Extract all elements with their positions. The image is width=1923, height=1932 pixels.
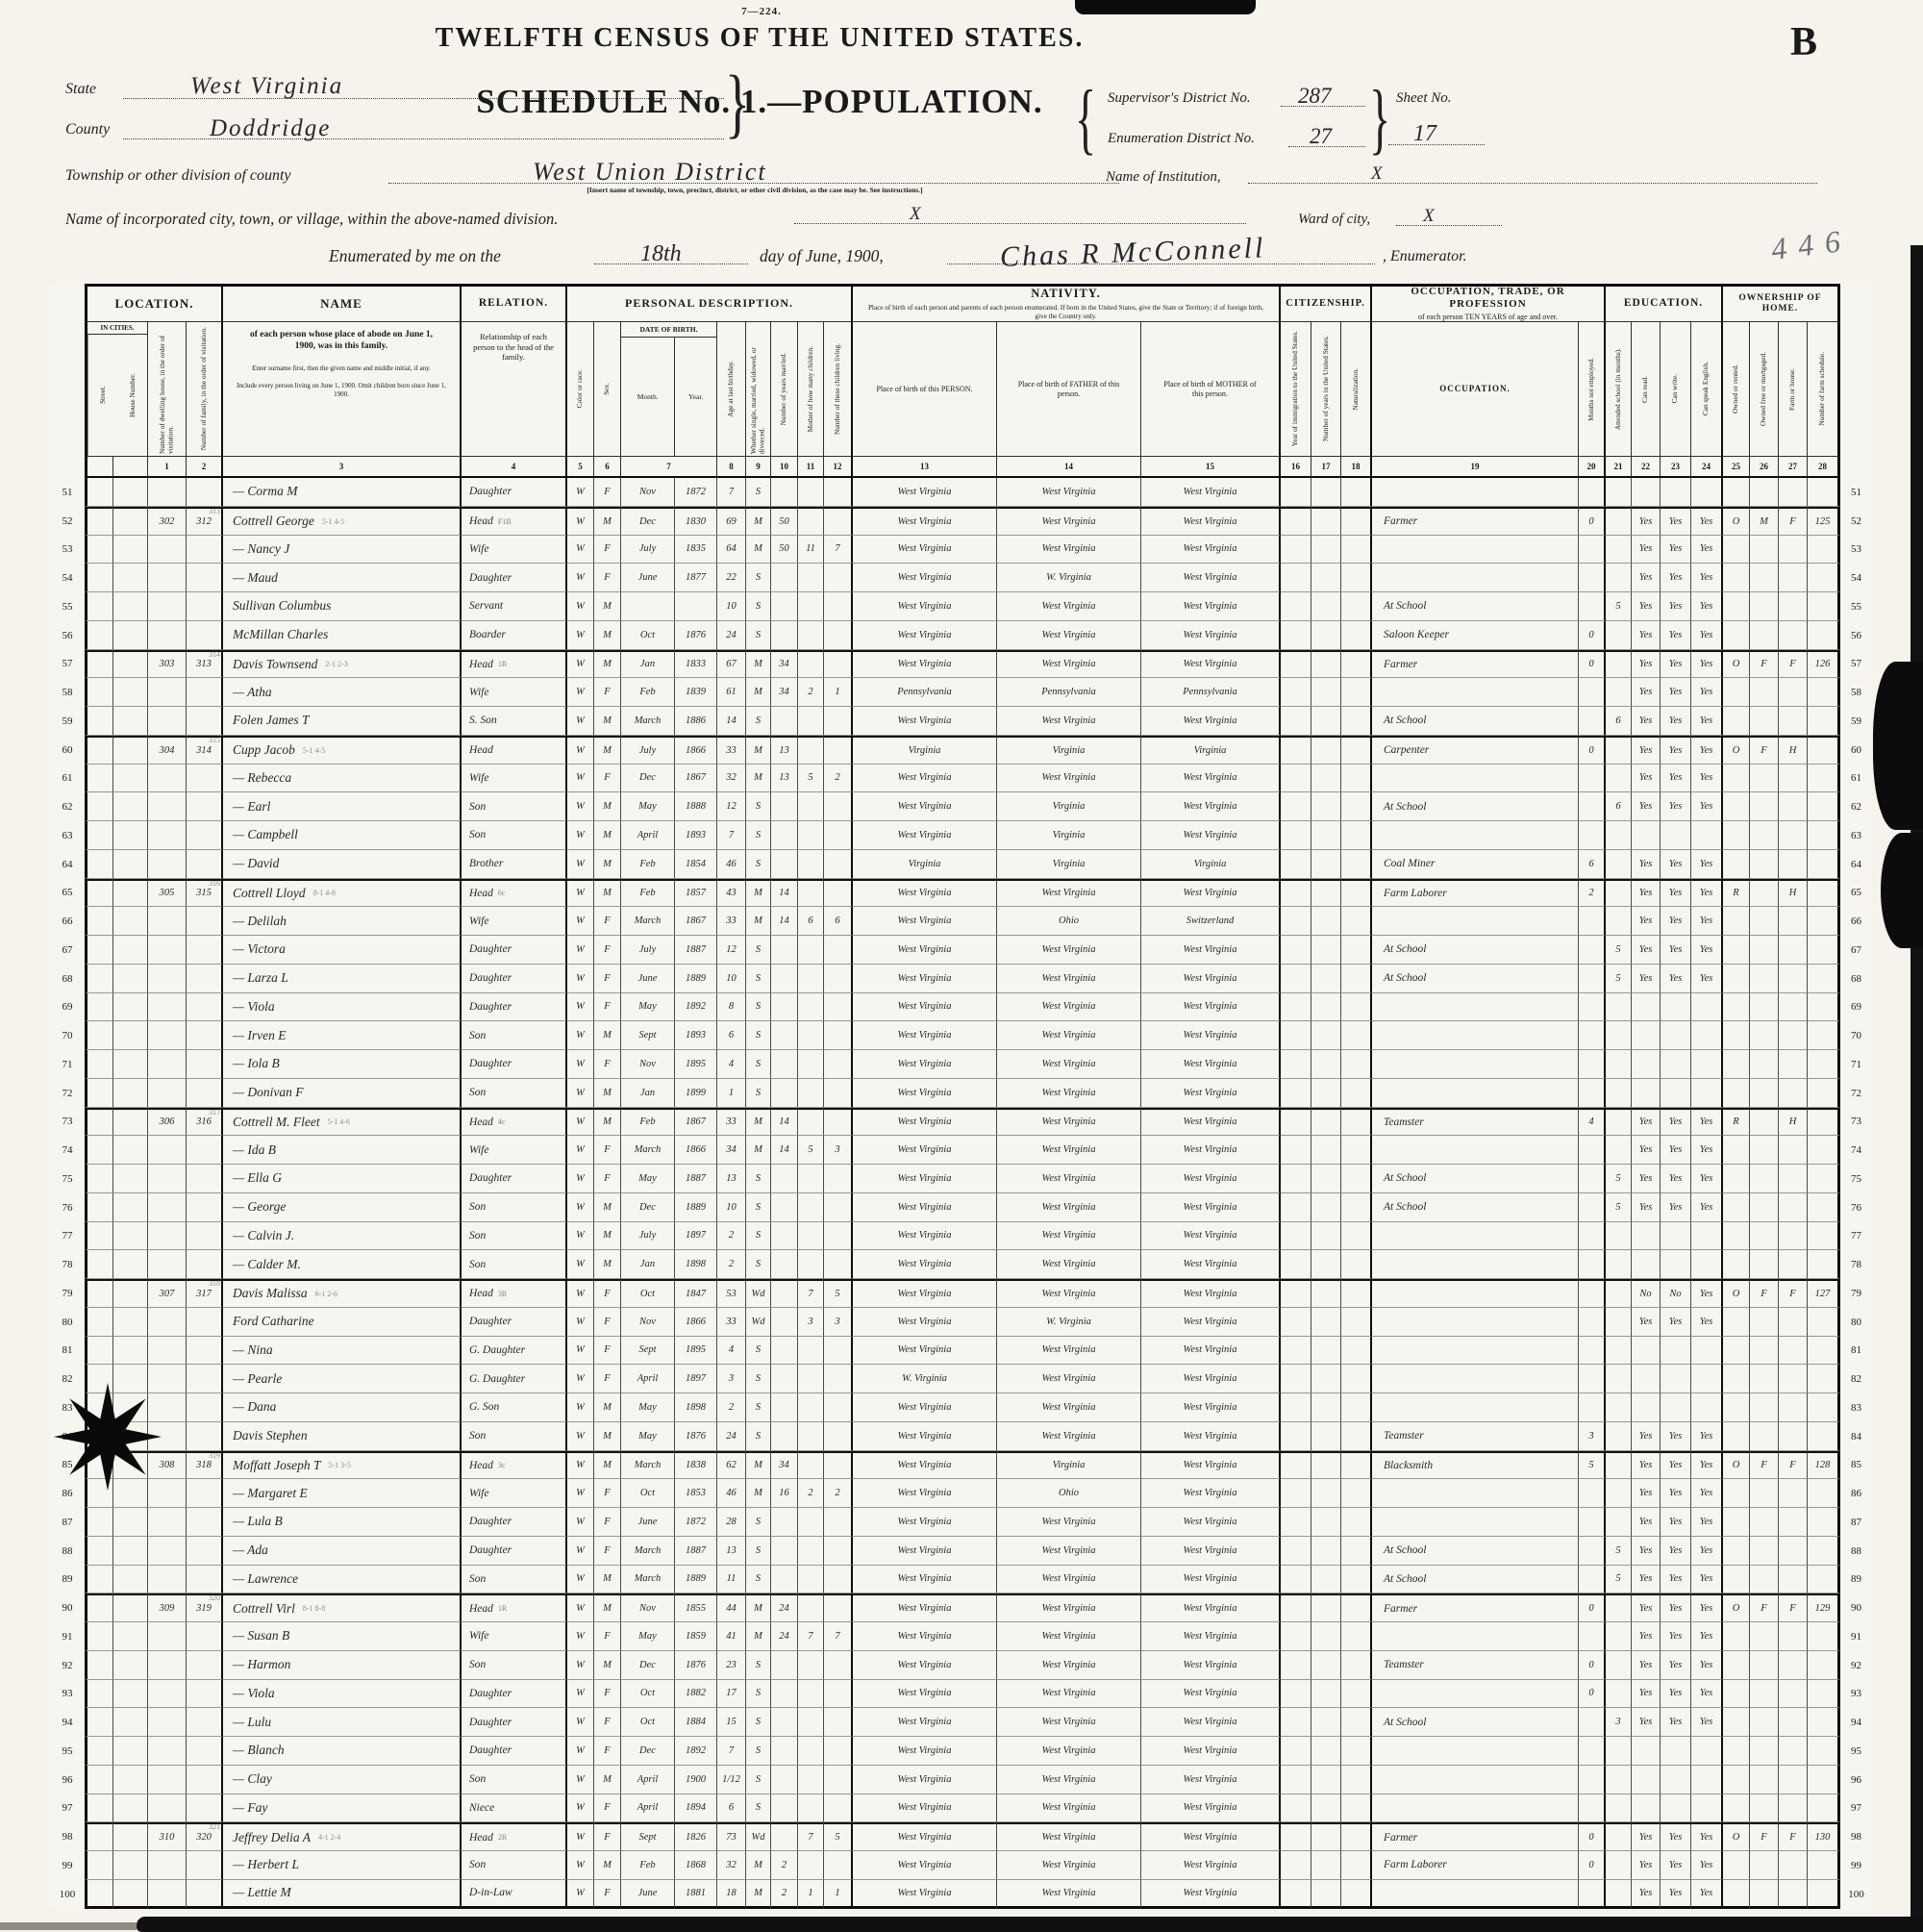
sex-cell: F: [594, 1794, 621, 1823]
mother-birthplace-cell: West Virginia: [1141, 1451, 1281, 1480]
father-birthplace-cell: West Virginia: [997, 1279, 1141, 1308]
occupation-cell: Farm Laborer: [1372, 879, 1579, 908]
sex-cell: M: [594, 507, 621, 536]
naturalization-cell: [1341, 965, 1372, 993]
naturalization-cell: [1341, 1422, 1372, 1451]
age-cell: 46: [717, 1479, 746, 1508]
can-speak-english-cell: Yes: [1691, 1108, 1723, 1137]
farm-schedule-cell: [1808, 1193, 1840, 1222]
mother-of-children-cell: [798, 1851, 824, 1880]
marital-status-cell: S: [746, 965, 771, 993]
children-living-cell: [824, 1537, 853, 1566]
line-number-left: 95: [50, 1737, 85, 1766]
family-number-cell: [187, 564, 223, 592]
col-house-number: House Number.: [118, 335, 148, 456]
birth-month-cell: June: [621, 1508, 675, 1537]
mother-of-children-cell: [798, 1021, 824, 1050]
col-marital: Whether single, married, widowed, or div…: [750, 322, 766, 456]
can-read-cell: Yes: [1632, 1537, 1661, 1566]
owned-rented-cell: [1723, 1393, 1750, 1422]
naturalization-cell: [1341, 1851, 1372, 1880]
naturalization-cell: [1341, 707, 1372, 736]
mother-birthplace-cell: Virginia: [1141, 850, 1281, 879]
father-birthplace-cell: W. Virginia: [997, 1308, 1141, 1337]
years-married-cell: [771, 1508, 798, 1537]
mother-birthplace-cell: West Virginia: [1141, 707, 1281, 736]
mother-of-children-cell: [798, 1766, 824, 1794]
can-write-cell: [1661, 1021, 1691, 1050]
num-13: 13: [853, 457, 997, 478]
house-number-cell: [113, 1021, 148, 1050]
num-16: 16: [1281, 457, 1311, 478]
marital-status-cell: S: [746, 1680, 771, 1709]
marital-status-cell: Wd: [746, 1308, 771, 1337]
father-birthplace-cell: West Virginia: [997, 1508, 1141, 1537]
owned-rented-cell: [1723, 621, 1750, 650]
mother-of-children-cell: 11: [798, 536, 824, 565]
sex-cell: F: [594, 1050, 621, 1079]
num-14: 14: [997, 457, 1141, 478]
sex-cell: M: [594, 1851, 621, 1880]
age-cell: 33: [717, 1308, 746, 1337]
owned-rented-cell: O: [1723, 1593, 1750, 1622]
immigration-year-cell: [1281, 536, 1311, 565]
mother-of-children-cell: [798, 1651, 824, 1680]
months-not-employed-cell: [1579, 478, 1606, 507]
birthplace-cell: West Virginia: [853, 1766, 997, 1794]
township-note: [Insert name of township, town, precinct…: [524, 186, 986, 194]
free-mortgaged-cell: [1750, 678, 1779, 707]
father-birthplace-cell: West Virginia: [997, 765, 1141, 793]
can-write-cell: Yes: [1661, 592, 1691, 621]
house-number-cell: [113, 1365, 148, 1393]
farm-schedule-cell: [1808, 965, 1840, 993]
months-not-employed-cell: 0: [1579, 1851, 1606, 1880]
owned-rented-cell: [1723, 1021, 1750, 1050]
birthplace-cell: West Virginia: [853, 936, 997, 965]
free-mortgaged-cell: [1750, 1079, 1779, 1108]
owned-rented-cell: [1723, 1851, 1750, 1880]
street-cell: [85, 592, 113, 621]
family-number-cell: [187, 1622, 223, 1651]
occupation-cell: [1372, 1222, 1579, 1251]
immigration-year-cell: [1281, 478, 1311, 507]
can-write-cell: Yes: [1661, 707, 1691, 736]
family-number-pencil: 318: [209, 1280, 220, 1288]
can-speak-english-cell: Yes: [1691, 936, 1723, 965]
mother-of-children-cell: [798, 821, 824, 850]
relation-cell: Head4c: [462, 1108, 567, 1137]
years-married-cell: [771, 707, 798, 736]
farm-house-cell: F: [1779, 1451, 1808, 1480]
dwelling-number-cell: 307: [148, 1279, 187, 1308]
free-mortgaged-cell: [1750, 965, 1779, 993]
sheet-label: Sheet No.: [1396, 90, 1452, 107]
mother-birthplace-cell: West Virginia: [1141, 879, 1281, 908]
months-not-employed-cell: 4: [1579, 1108, 1606, 1137]
can-read-cell: Yes: [1632, 507, 1661, 536]
color-race-cell: W: [567, 536, 594, 565]
owned-rented-cell: [1723, 1079, 1750, 1108]
father-birthplace-cell: West Virginia: [997, 1165, 1141, 1193]
birth-month-cell: Nov: [621, 478, 675, 507]
num-street: [85, 457, 113, 478]
street-cell: [85, 1136, 113, 1165]
birthplace-cell: West Virginia: [853, 707, 997, 736]
marital-status-cell: S: [746, 621, 771, 650]
farm-schedule-cell: [1808, 621, 1840, 650]
marital-status-cell: S: [746, 1250, 771, 1279]
occupation-cell: At School: [1372, 1193, 1579, 1222]
family-number-cell: [187, 821, 223, 850]
sex-cell: M: [594, 621, 621, 650]
relation-cell: Head2R: [462, 1822, 567, 1851]
birthplace-cell: West Virginia: [853, 907, 997, 936]
mother-birthplace-cell: Switzerland: [1141, 907, 1281, 936]
naturalization-cell: [1341, 621, 1372, 650]
sex-cell: F: [594, 1337, 621, 1366]
dwelling-number-cell: 306: [148, 1108, 187, 1137]
owned-rented-cell: [1723, 1537, 1750, 1566]
birth-year-cell: 1866: [675, 736, 717, 765]
enumerated-day-line: 18th: [594, 231, 748, 264]
house-number-cell: [113, 1708, 148, 1737]
farm-schedule-cell: [1808, 1108, 1840, 1137]
years-in-us-cell: [1311, 536, 1341, 565]
name-cell: Folen James T: [223, 707, 462, 736]
months-not-employed-cell: [1579, 1136, 1606, 1165]
age-cell: 41: [717, 1622, 746, 1651]
name-cell: — Lulu: [223, 1708, 462, 1737]
occupation-cell: At School: [1372, 965, 1579, 993]
relation-cell: Son: [462, 1250, 567, 1279]
district-brace-left: {: [1075, 79, 1096, 159]
family-number-cell: [187, 478, 223, 507]
star-stamp: [54, 1383, 162, 1491]
age-cell: 69: [717, 507, 746, 536]
marital-status-cell: S: [746, 1422, 771, 1451]
mother-birthplace-cell: West Virginia: [1141, 1422, 1281, 1451]
sex-cell: F: [594, 1479, 621, 1508]
street-cell: [85, 1737, 113, 1766]
line-number-right: 56: [1840, 621, 1872, 650]
can-read-cell: [1632, 1766, 1661, 1794]
marital-status-cell: M: [746, 536, 771, 565]
can-read-cell: Yes: [1632, 1708, 1661, 1737]
birth-month-cell: Nov: [621, 1308, 675, 1337]
sex-cell: M: [594, 707, 621, 736]
years-married-cell: [771, 621, 798, 650]
immigration-year-cell: [1281, 1537, 1311, 1566]
dwelling-number-cell: 304: [148, 736, 187, 765]
line-number-left: 65: [50, 879, 85, 908]
farm-schedule-cell: [1808, 1708, 1840, 1737]
can-speak-english-cell: [1691, 1365, 1723, 1393]
farm-house-cell: [1779, 1193, 1808, 1222]
occupation-cell: Teamster: [1372, 1108, 1579, 1137]
owned-rented-cell: [1723, 1422, 1750, 1451]
can-speak-english-cell: Yes: [1691, 678, 1723, 707]
color-race-cell: W: [567, 1622, 594, 1651]
mother-of-children-cell: [798, 792, 824, 821]
birth-month-cell: March: [621, 907, 675, 936]
birth-year-cell: 1876: [675, 1422, 717, 1451]
occupation-cell: [1372, 1766, 1579, 1794]
age-cell: 13: [717, 1537, 746, 1566]
free-mortgaged-cell: [1750, 1622, 1779, 1651]
marital-status-cell: S: [746, 592, 771, 621]
children-living-cell: [824, 821, 853, 850]
marital-status-cell: S: [746, 936, 771, 965]
line-number-left: 74: [50, 1136, 85, 1165]
occupation-cell: [1372, 1050, 1579, 1079]
relation-cell: Son: [462, 792, 567, 821]
col-pob-father: Place of birth of FATHER of this person.: [998, 380, 1139, 399]
family-number-cell: [187, 1851, 223, 1880]
line-number-left: 81: [50, 1337, 85, 1366]
school-months-cell: [1606, 1079, 1632, 1108]
name-cell: — Lawrence: [223, 1566, 462, 1594]
scan-artifact-right-edge: [1911, 245, 1923, 1932]
name-cell: Davis Malissa6-1 2-6: [223, 1279, 462, 1308]
house-number-cell: [113, 1566, 148, 1594]
naturalization-cell: [1341, 1708, 1372, 1737]
birth-year-cell: 1882: [675, 1680, 717, 1709]
farm-house-cell: F: [1779, 650, 1808, 679]
birthplace-cell: West Virginia: [853, 1479, 997, 1508]
num-19: 19: [1372, 457, 1579, 478]
children-living-cell: 5: [824, 1822, 853, 1851]
line-number-left: 97: [50, 1794, 85, 1823]
mother-of-children-cell: 6: [798, 907, 824, 936]
occupation-cell: [1372, 478, 1579, 507]
can-write-cell: [1661, 1794, 1691, 1823]
sex-cell: F: [594, 1822, 621, 1851]
occupation-cell: At School: [1372, 792, 1579, 821]
school-months-cell: [1606, 1651, 1632, 1680]
owned-rented-cell: [1723, 1193, 1750, 1222]
farm-house-cell: [1779, 1566, 1808, 1594]
birth-month-cell: Dec: [621, 1193, 675, 1222]
street-cell: [85, 1794, 113, 1823]
marital-status-cell: M: [746, 1136, 771, 1165]
birthplace-cell: West Virginia: [853, 478, 997, 507]
can-read-cell: Yes: [1632, 1622, 1661, 1651]
line-number-right: 77: [1840, 1222, 1872, 1251]
owned-rented-cell: [1723, 1880, 1750, 1909]
line-number-left: 78: [50, 1250, 85, 1279]
street-cell: [85, 850, 113, 879]
birth-month-cell: June: [621, 965, 675, 993]
birth-year-cell: 1826: [675, 1822, 717, 1851]
can-speak-english-cell: [1691, 1337, 1723, 1366]
mother-birthplace-cell: West Virginia: [1141, 1079, 1281, 1108]
sex-cell: M: [594, 736, 621, 765]
family-number-pencil: 321: [209, 1823, 220, 1831]
owned-rented-cell: [1723, 1708, 1750, 1737]
house-number-cell: [113, 1680, 148, 1709]
num-9: 9: [746, 457, 771, 478]
mother-of-children-cell: 1: [798, 1880, 824, 1909]
enumerator-signature-line: Chas R McConnell: [947, 225, 1375, 264]
city-line: X: [794, 198, 1246, 224]
num-28: 28: [1808, 457, 1840, 478]
name-cell: Sullivan Columbus: [223, 592, 462, 621]
years-married-cell: [771, 1708, 798, 1737]
years-married-cell: 50: [771, 536, 798, 565]
family-number-cell: 316317: [187, 1108, 223, 1137]
years-married-cell: 2: [771, 1880, 798, 1909]
immigration-year-cell: [1281, 1737, 1311, 1766]
age-cell: 14: [717, 707, 746, 736]
group-citizenship: CITIZENSHIP.: [1281, 284, 1372, 322]
age-cell: 24: [717, 621, 746, 650]
relation-pencil-note: 3c: [498, 1461, 506, 1469]
school-months-cell: 6: [1606, 792, 1632, 821]
free-mortgaged-cell: [1750, 1766, 1779, 1794]
naturalization-cell: [1341, 993, 1372, 1022]
family-number-cell: [187, 1880, 223, 1909]
free-mortgaged-cell: [1750, 1479, 1779, 1508]
age-cell: 33: [717, 907, 746, 936]
can-write-cell: Yes: [1661, 1593, 1691, 1622]
name-pencil-note: 5-1 4-5: [322, 517, 344, 526]
house-number-cell: [113, 1193, 148, 1222]
farm-schedule-cell: [1808, 1393, 1840, 1422]
birth-year-cell: 1876: [675, 621, 717, 650]
house-number-cell: [113, 1651, 148, 1680]
months-not-employed-cell: 0: [1579, 507, 1606, 536]
sex-cell: F: [594, 1708, 621, 1737]
mother-birthplace-cell: West Virginia: [1141, 536, 1281, 565]
occupation-cell: [1372, 536, 1579, 565]
birth-year-cell: 1893: [675, 1021, 717, 1050]
sex-cell: M: [594, 1108, 621, 1137]
owned-rented-cell: [1723, 478, 1750, 507]
birthplace-cell: West Virginia: [853, 1108, 997, 1137]
birthplace-cell: Virginia: [853, 736, 997, 765]
col-months-not-employed: Months not employed.: [1587, 356, 1595, 423]
children-living-cell: 3: [824, 1136, 853, 1165]
relation-desc: Relationship of each person to the head …: [462, 332, 564, 363]
line-number-right: 65: [1840, 879, 1872, 908]
dwelling-number-cell: 302: [148, 507, 187, 536]
age-cell: 64: [717, 536, 746, 565]
family-number-cell: [187, 1651, 223, 1680]
street-cell: [85, 993, 113, 1022]
immigration-year-cell: [1281, 879, 1311, 908]
col-occupation: OCCUPATION.: [1439, 384, 1510, 393]
children-living-cell: [824, 621, 853, 650]
free-mortgaged-cell: [1750, 536, 1779, 565]
family-number-pencil: 316: [209, 880, 220, 888]
farm-house-cell: [1779, 850, 1808, 879]
birth-year-cell: 1886: [675, 707, 717, 736]
birthplace-cell: West Virginia: [853, 1622, 997, 1651]
father-birthplace-cell: West Virginia: [997, 592, 1141, 621]
farm-house-cell: [1779, 478, 1808, 507]
birth-month-cell: Feb: [621, 678, 675, 707]
age-cell: 33: [717, 736, 746, 765]
census-table: LOCATION. NAME RELATION. PERSONAL DESCRI…: [50, 284, 1872, 1909]
can-write-cell: Yes: [1661, 1622, 1691, 1651]
birth-year-cell: 1859: [675, 1622, 717, 1651]
can-write-cell: Yes: [1661, 792, 1691, 821]
can-read-cell: Yes: [1632, 650, 1661, 679]
can-write-cell: Yes: [1661, 936, 1691, 965]
line-number-right: 69: [1840, 993, 1872, 1022]
can-read-cell: [1632, 1079, 1661, 1108]
owned-rented-cell: [1723, 1737, 1750, 1766]
age-cell: 6: [717, 1021, 746, 1050]
age-cell: 4: [717, 1050, 746, 1079]
name-cell: — Ida B: [223, 1136, 462, 1165]
township-line: West Union District: [388, 152, 1119, 184]
color-race-cell: W: [567, 1794, 594, 1823]
supervisor-value: 287: [1298, 84, 1332, 109]
dob-block: DATE OF BIRTH. Month. Year.: [621, 322, 717, 457]
birth-year-cell: 1867: [675, 907, 717, 936]
family-number-cell: [187, 1508, 223, 1537]
group-occupation: OCCUPATION, TRADE, OR PROFESSION of each…: [1372, 284, 1606, 322]
family-number-pencil: 314: [209, 651, 220, 659]
farm-schedule-cell: [1808, 1479, 1840, 1508]
mother-birthplace-cell: West Virginia: [1141, 650, 1281, 679]
sex-cell: M: [594, 1079, 621, 1108]
occupation-cell: Saloon Keeper: [1372, 621, 1579, 650]
can-speak-english-cell: Yes: [1691, 1193, 1723, 1222]
name-desc: of each person whose place of abode on J…: [224, 330, 459, 353]
can-write-cell: [1661, 1079, 1691, 1108]
mother-of-children-cell: [798, 478, 824, 507]
line-number-right: 89: [1840, 1566, 1872, 1594]
mother-birthplace-cell: West Virginia: [1141, 1479, 1281, 1508]
name-note-1: Enter surname first, then the given name…: [242, 364, 440, 372]
immigration-year-cell: [1281, 1337, 1311, 1366]
name-cell: — Blanch: [223, 1737, 462, 1766]
col-naturalization: Naturalization.: [1352, 366, 1360, 413]
can-speak-english-cell: Yes: [1691, 1822, 1723, 1851]
can-read-cell: Yes: [1632, 1451, 1661, 1480]
line-number-left: 56: [50, 621, 85, 650]
street-cell: [85, 1050, 113, 1079]
col-immigration-year: Year of immigration to the United States…: [1291, 329, 1299, 448]
age-cell: 15: [717, 1708, 746, 1737]
years-married-cell: 50: [771, 507, 798, 536]
years-married-cell: [771, 1422, 798, 1451]
father-birthplace-cell: West Virginia: [997, 1794, 1141, 1823]
mother-of-children-cell: [798, 1680, 824, 1709]
farm-house-cell: [1779, 1479, 1808, 1508]
name-cell: Cottrell George5-1 4-5: [223, 507, 462, 536]
years-married-cell: 24: [771, 1593, 798, 1622]
line-number-left: 68: [50, 965, 85, 993]
free-mortgaged-cell: [1750, 1021, 1779, 1050]
name-pencil-note: 5-1 3-5: [329, 1461, 351, 1469]
immigration-year-cell: [1281, 621, 1311, 650]
mother-birthplace-cell: West Virginia: [1141, 965, 1281, 993]
owned-rented-cell: [1723, 1365, 1750, 1393]
can-write-cell: [1661, 1050, 1691, 1079]
marital-status-cell: S: [746, 993, 771, 1022]
free-mortgaged-cell: M: [1750, 507, 1779, 536]
school-months-cell: [1606, 765, 1632, 793]
mother-of-children-cell: [798, 621, 824, 650]
marital-status-cell: S: [746, 1537, 771, 1566]
free-mortgaged-cell: [1750, 1050, 1779, 1079]
color-race-cell: W: [567, 1193, 594, 1222]
can-write-cell: Yes: [1661, 1479, 1691, 1508]
